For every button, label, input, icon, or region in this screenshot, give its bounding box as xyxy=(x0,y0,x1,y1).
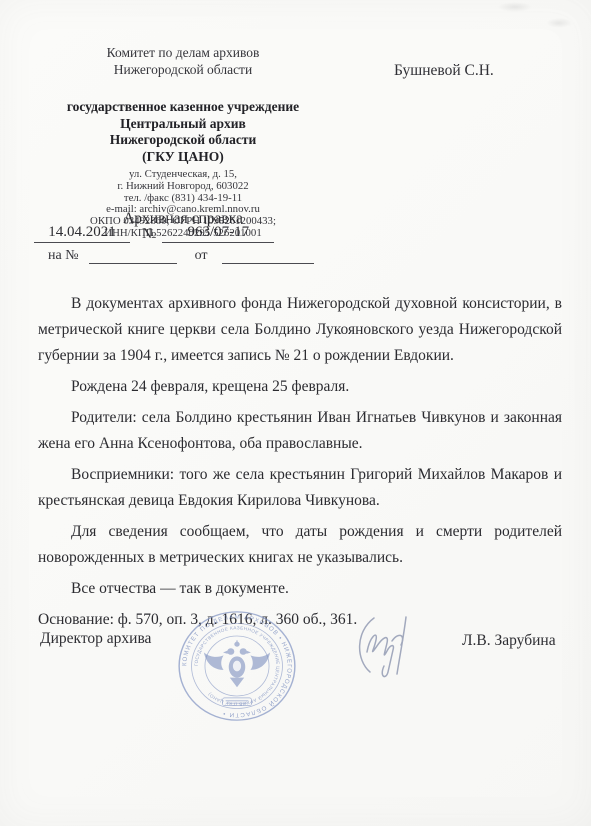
body-paragraph: Родители: села Болдино крестьянин Иван И… xyxy=(38,405,562,457)
reply-number-label: на № xyxy=(48,248,79,264)
signatory-name: Л.В. Зарубина xyxy=(462,632,556,650)
reply-reference-line: на № от xyxy=(48,246,314,264)
address-line: г. Нижний Новгород, 603022 xyxy=(26,181,340,193)
org-line: (ГКУ ЦАНО) xyxy=(26,149,340,166)
scan-smudge xyxy=(498,2,532,12)
organization-name: государственное казенное учреждение Цент… xyxy=(26,99,340,165)
director-title: Директор архива xyxy=(40,630,151,648)
number-sign: № xyxy=(142,226,156,243)
org-line: государственное казенное учреждение xyxy=(26,99,340,116)
body-paragraph: Для сведения сообщаем, что даты рождения… xyxy=(38,519,562,571)
body-paragraph: Рождена 24 февраля, крещена 25 февраля. xyxy=(38,374,562,400)
org-line: Нижегородской области xyxy=(26,132,340,149)
handwritten-signature-icon xyxy=(340,610,444,694)
date-number-line: 14.04.2021 № 963/07-17 xyxy=(34,224,274,243)
committee-line: Нижегородской области xyxy=(26,61,340,78)
reply-number-blank xyxy=(89,246,177,264)
committee-line: Комитет по делам архивов xyxy=(26,44,340,61)
reply-date-blank xyxy=(222,246,314,264)
addressee-name: Бушневой С.Н. xyxy=(394,62,494,80)
body-paragraph: Восприемники: того же села крестьянин Гр… xyxy=(38,462,562,514)
signature-scribble xyxy=(340,610,444,694)
stamp-seal-icon: КОМИТЕТ ПО ДЕЛАМ АРХИВОВ • НИЖЕГОРОДСКОЙ… xyxy=(175,608,299,724)
certificate-body: В документах архивного фонда Нижегородск… xyxy=(38,291,562,638)
archive-certificate-page: Комитет по делам архивов Нижегородской о… xyxy=(0,0,591,826)
document-date: 14.04.2021 xyxy=(34,224,130,243)
double-headed-eagle-icon xyxy=(204,640,270,687)
scan-smudge xyxy=(546,18,572,28)
round-stamp: КОМИТЕТ ПО ДЕЛАМ АРХИВОВ • НИЖЕГОРОДСКОЙ… xyxy=(175,608,299,724)
document-number: 963/07-17 xyxy=(162,224,274,243)
reply-from-label: от xyxy=(195,248,208,264)
body-paragraph: В документах архивного фонда Нижегородск… xyxy=(38,291,562,369)
body-paragraph: Все отчества — так в документе. xyxy=(38,576,562,602)
org-line: Центральный архив xyxy=(26,116,340,133)
committee-name: Комитет по делам архивов Нижегородской о… xyxy=(26,44,340,78)
